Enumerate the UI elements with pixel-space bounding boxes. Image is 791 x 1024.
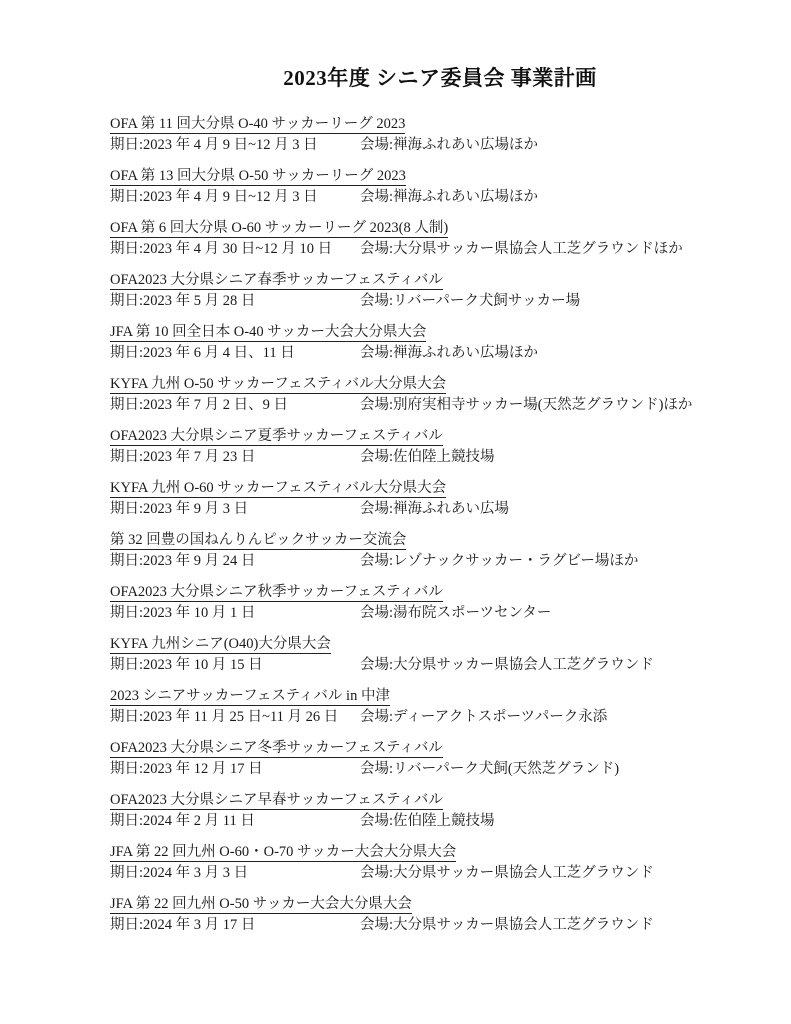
event-item: OFA 第 6 回大分県 O-60 サッカーリーグ 2023(8 人制)期日:2… <box>110 218 771 260</box>
event-item: KYFA 九州シニア(O40)大分県大会期日:2023 年 10 月 15 日会… <box>110 634 771 676</box>
event-title-text: OFA2023 大分県シニア秋季サッカーフェスティバル <box>110 584 443 602</box>
event-title-text: JFA 第 10 回全日本 O-40 サッカー大会大分県大会 <box>110 324 426 342</box>
event-title-text: OFA2023 大分県シニア春季サッカーフェスティバル <box>110 272 443 290</box>
event-date: 期日:2023 年 10 月 15 日 <box>110 655 360 676</box>
event-date: 期日:2024 年 3 月 17 日 <box>110 915 360 936</box>
event-title-text: KYFA 九州 O-50 サッカーフェスティバル大分県大会 <box>110 376 446 394</box>
event-venue: 会場:ディーアクトスポーツパーク永添 <box>360 709 607 725</box>
event-venue: 会場:大分県サッカー県協会人工芝グラウンド <box>360 657 654 673</box>
event-item: OFA 第 13 回大分県 O-50 サッカーリーグ 2023期日:2023 年… <box>110 166 771 208</box>
event-venue: 会場:禅海ふれあい広場 <box>360 501 509 517</box>
event-item: 第 32 回豊の国ねんりんピックサッカー交流会期日:2023 年 9 月 24 … <box>110 530 771 572</box>
event-detail: 期日:2023 年 12 月 17 日会場:リバーパーク犬飼(天然芝グランド) <box>110 759 771 780</box>
event-venue: 会場:湯布院スポーツセンター <box>360 605 551 621</box>
event-item: OFA2023 大分県シニア早春サッカーフェスティバル期日:2024 年 2 月… <box>110 790 771 832</box>
event-title-text: KYFA 九州シニア(O40)大分県大会 <box>110 636 331 654</box>
event-detail: 期日:2023 年 11 月 25 日~11 月 26 日会場:ディーアクトスポ… <box>110 707 771 728</box>
event-item: KYFA 九州 O-50 サッカーフェスティバル大分県大会期日:2023 年 7… <box>110 374 771 416</box>
event-date: 期日:2023 年 7 月 2 日、9 日 <box>110 395 360 416</box>
event-date: 期日:2023 年 9 月 24 日 <box>110 551 360 572</box>
event-date: 期日:2023 年 4 月 9 日~12 月 3 日 <box>110 187 360 208</box>
event-venue: 会場:大分県サッカー県協会人工芝グラウンド <box>360 865 654 881</box>
event-item: OFA2023 大分県シニア夏季サッカーフェスティバル期日:2023 年 7 月… <box>110 426 771 468</box>
event-title: JFA 第 10 回全日本 O-40 サッカー大会大分県大会 <box>110 322 771 343</box>
event-item: OFA2023 大分県シニア春季サッカーフェスティバル期日:2023 年 5 月… <box>110 270 771 312</box>
event-title: OFA 第 13 回大分県 O-50 サッカーリーグ 2023 <box>110 166 771 187</box>
event-detail: 期日:2023 年 7 月 23 日会場:佐伯陸上競技場 <box>110 447 771 468</box>
event-date: 期日:2023 年 4 月 9 日~12 月 3 日 <box>110 135 360 156</box>
event-title: JFA 第 22 回九州 O-60・O-70 サッカー大会大分県大会 <box>110 842 771 863</box>
event-venue: 会場:別府実相寺サッカー場(天然芝グラウンド)ほか <box>360 397 692 413</box>
event-detail: 期日:2023 年 4 月 9 日~12 月 3 日会場:禅海ふれあい広場ほか <box>110 135 771 156</box>
event-date: 期日:2023 年 10 月 1 日 <box>110 603 360 624</box>
event-detail: 期日:2023 年 4 月 9 日~12 月 3 日会場:禅海ふれあい広場ほか <box>110 187 771 208</box>
event-detail: 期日:2024 年 3 月 17 日会場:大分県サッカー県協会人工芝グラウンド <box>110 915 771 936</box>
event-item: OFA 第 11 回大分県 O-40 サッカーリーグ 2023期日:2023 年… <box>110 114 771 156</box>
event-title: OFA 第 11 回大分県 O-40 サッカーリーグ 2023 <box>110 114 771 135</box>
event-item: JFA 第 22 回九州 O-50 サッカー大会大分県大会期日:2024 年 3… <box>110 894 771 936</box>
event-venue: 会場:禅海ふれあい広場ほか <box>360 137 538 153</box>
event-date: 期日:2023 年 9 月 3 日 <box>110 499 360 520</box>
event-item: 2023 シニアサッカーフェスティバル in 中津期日:2023 年 11 月 … <box>110 686 771 728</box>
event-title: OFA2023 大分県シニア早春サッカーフェスティバル <box>110 790 771 811</box>
event-venue: 会場:佐伯陸上競技場 <box>360 813 495 829</box>
event-title: OFA2023 大分県シニア春季サッカーフェスティバル <box>110 270 771 291</box>
event-title: OFA2023 大分県シニア夏季サッカーフェスティバル <box>110 426 771 447</box>
event-title: JFA 第 22 回九州 O-50 サッカー大会大分県大会 <box>110 894 771 915</box>
event-date: 期日:2023 年 4 月 30 日~12 月 10 日 <box>110 239 360 260</box>
event-venue: 会場:リバーパーク犬飼サッカー場 <box>360 293 580 309</box>
event-venue: 会場:レゾナックサッカー・ラグビー場ほか <box>360 553 638 569</box>
event-title: 第 32 回豊の国ねんりんピックサッカー交流会 <box>110 530 771 551</box>
event-date: 期日:2024 年 3 月 3 日 <box>110 863 360 884</box>
event-title-text: OFA2023 大分県シニア夏季サッカーフェスティバル <box>110 428 443 446</box>
event-item: KYFA 九州 O-60 サッカーフェスティバル大分県大会期日:2023 年 9… <box>110 478 771 520</box>
event-date: 期日:2023 年 11 月 25 日~11 月 26 日 <box>110 707 360 728</box>
event-venue: 会場:大分県サッカー県協会人工芝グラウンドほか <box>360 241 683 257</box>
event-detail: 期日:2024 年 2 月 11 日会場:佐伯陸上競技場 <box>110 811 771 832</box>
event-title-text: OFA 第 6 回大分県 O-60 サッカーリーグ 2023(8 人制) <box>110 220 448 238</box>
event-title-text: JFA 第 22 回九州 O-60・O-70 サッカー大会大分県大会 <box>110 844 456 862</box>
event-title-text: KYFA 九州 O-60 サッカーフェスティバル大分県大会 <box>110 480 446 498</box>
event-title-text: OFA2023 大分県シニア早春サッカーフェスティバル <box>110 792 443 810</box>
event-title-text: JFA 第 22 回九州 O-50 サッカー大会大分県大会 <box>110 896 412 914</box>
event-detail: 期日:2023 年 5 月 28 日会場:リバーパーク犬飼サッカー場 <box>110 291 771 312</box>
event-detail: 期日:2024 年 3 月 3 日会場:大分県サッカー県協会人工芝グラウンド <box>110 863 771 884</box>
event-title: OFA2023 大分県シニア冬季サッカーフェスティバル <box>110 738 771 759</box>
event-date: 期日:2023 年 5 月 28 日 <box>110 291 360 312</box>
event-item: OFA2023 大分県シニア冬季サッカーフェスティバル期日:2023 年 12 … <box>110 738 771 780</box>
event-date: 期日:2024 年 2 月 11 日 <box>110 811 360 832</box>
event-detail: 期日:2023 年 9 月 3 日会場:禅海ふれあい広場 <box>110 499 771 520</box>
event-detail: 期日:2023 年 10 月 1 日会場:湯布院スポーツセンター <box>110 603 771 624</box>
event-title-text: OFA 第 13 回大分県 O-50 サッカーリーグ 2023 <box>110 168 406 186</box>
event-title: OFA 第 6 回大分県 O-60 サッカーリーグ 2023(8 人制) <box>110 218 771 239</box>
event-list: OFA 第 11 回大分県 O-40 サッカーリーグ 2023期日:2023 年… <box>110 114 771 936</box>
event-title-text: 第 32 回豊の国ねんりんピックサッカー交流会 <box>110 532 406 550</box>
event-item: OFA2023 大分県シニア秋季サッカーフェスティバル期日:2023 年 10 … <box>110 582 771 624</box>
event-venue: 会場:禅海ふれあい広場ほか <box>360 189 538 205</box>
event-venue: 会場:リバーパーク犬飼(天然芝グランド) <box>360 761 619 777</box>
page-title: 2023年度 シニア委員会 事業計画 <box>110 64 770 92</box>
event-date: 期日:2023 年 6 月 4 日、11 日 <box>110 343 360 364</box>
event-detail: 期日:2023 年 6 月 4 日、11 日会場:禅海ふれあい広場ほか <box>110 343 771 364</box>
event-title: 2023 シニアサッカーフェスティバル in 中津 <box>110 686 771 707</box>
event-detail: 期日:2023 年 4 月 30 日~12 月 10 日会場:大分県サッカー県協… <box>110 239 771 260</box>
event-title: OFA2023 大分県シニア秋季サッカーフェスティバル <box>110 582 771 603</box>
event-title-text: OFA 第 11 回大分県 O-40 サッカーリーグ 2023 <box>110 116 405 134</box>
event-date: 期日:2023 年 7 月 23 日 <box>110 447 360 468</box>
event-venue: 会場:大分県サッカー県協会人工芝グラウンド <box>360 917 654 933</box>
event-date: 期日:2023 年 12 月 17 日 <box>110 759 360 780</box>
document-page: 2023年度 シニア委員会 事業計画 OFA 第 11 回大分県 O-40 サッ… <box>0 0 791 1024</box>
event-detail: 期日:2023 年 9 月 24 日会場:レゾナックサッカー・ラグビー場ほか <box>110 551 771 572</box>
event-venue: 会場:禅海ふれあい広場ほか <box>360 345 538 361</box>
event-venue: 会場:佐伯陸上競技場 <box>360 449 495 465</box>
event-detail: 期日:2023 年 7 月 2 日、9 日会場:別府実相寺サッカー場(天然芝グラ… <box>110 395 771 416</box>
event-item: JFA 第 22 回九州 O-60・O-70 サッカー大会大分県大会期日:202… <box>110 842 771 884</box>
event-title-text: 2023 シニアサッカーフェスティバル in 中津 <box>110 688 390 706</box>
event-title: KYFA 九州 O-60 サッカーフェスティバル大分県大会 <box>110 478 771 499</box>
event-title: KYFA 九州 O-50 サッカーフェスティバル大分県大会 <box>110 374 771 395</box>
event-detail: 期日:2023 年 10 月 15 日会場:大分県サッカー県協会人工芝グラウンド <box>110 655 771 676</box>
event-title-text: OFA2023 大分県シニア冬季サッカーフェスティバル <box>110 740 443 758</box>
event-title: KYFA 九州シニア(O40)大分県大会 <box>110 634 771 655</box>
event-item: JFA 第 10 回全日本 O-40 サッカー大会大分県大会期日:2023 年 … <box>110 322 771 364</box>
